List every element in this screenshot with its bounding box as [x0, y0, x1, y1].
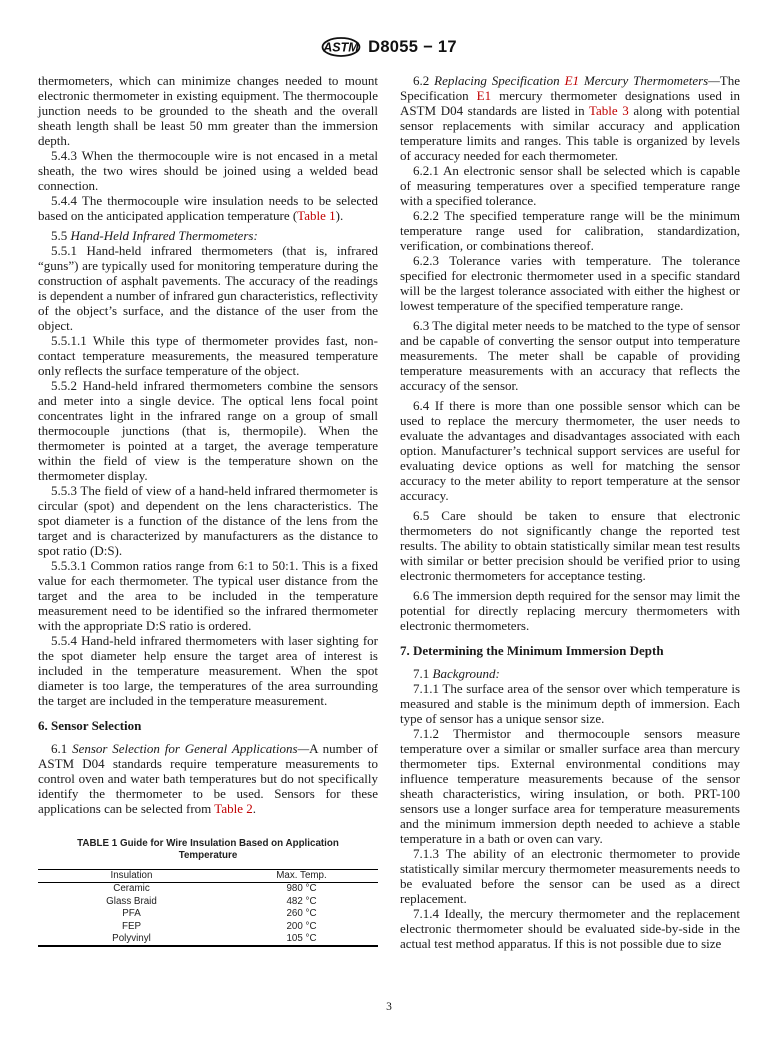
text-segment: 5.5 [51, 228, 71, 243]
paragraph: 5.5.3.1 Common ratios range from 6:1 to … [38, 558, 378, 633]
paragraph: 5.5 Hand-Held Infrared Thermometers: [38, 228, 378, 243]
paragraph: 6.3 The digital meter needs to be matche… [400, 318, 740, 393]
paragraph: 7.1.4 Ideally, the mercury thermometer a… [400, 906, 740, 951]
text-segment: . [253, 801, 256, 816]
text-segment: 6.1 [51, 741, 72, 756]
text-segment: 7.1.1 The surface area of the sensor ove… [400, 681, 740, 726]
column-left: thermometers, which can minimize changes… [38, 73, 378, 951]
text-segment: 6.2.3 Tolerance varies with temperature.… [400, 253, 740, 313]
cross-reference-link[interactable]: Table 1 [297, 208, 335, 223]
table-cell: PFA [38, 908, 225, 920]
text-segment: 5.5.1 Hand-held infrared thermometers (t… [38, 243, 378, 333]
text-segment: Background: [433, 666, 500, 681]
text-segment: 5.5.2 Hand-held infrared thermometers co… [38, 378, 378, 483]
document-page: ASTM D8055 − 17 thermometers, which can … [0, 0, 778, 1041]
text-segment: 6.2.1 An electronic sensor shall be sele… [400, 163, 740, 208]
paragraph: 6.5 Care should be taken to ensure that … [400, 508, 740, 583]
table-row: Polyvinyl105 °C [38, 933, 378, 946]
table-row: PFA260 °C [38, 908, 378, 920]
astm-logo-text: ASTM [322, 41, 359, 55]
paragraph: 5.5.4 Hand-held infrared thermometers wi… [38, 633, 378, 708]
text-segment: 7.1 [413, 666, 433, 681]
text-segment: 7.1.3 The ability of an electronic therm… [400, 846, 740, 906]
paragraph: 5.5.1 Hand-held infrared thermometers (t… [38, 243, 378, 333]
paragraph: thermometers, which can minimize changes… [38, 73, 378, 148]
paragraph: 5.5.3 The field of view of a hand-held i… [38, 483, 378, 558]
text-segment: Hand-Held Infrared Thermometers: [71, 228, 258, 243]
text-segment: 5.5.1.1 While this type of thermometer p… [38, 333, 378, 378]
table-header-cell: Insulation [38, 870, 225, 883]
cross-reference-link[interactable]: E1 [565, 73, 579, 88]
text-segment: 6.5 Care should be taken to ensure that … [400, 508, 740, 583]
text-segment: 6.3 The digital meter needs to be matche… [400, 318, 740, 393]
table-cell: 105 °C [225, 933, 378, 946]
paragraph: 7.1.1 The surface area of the sensor ove… [400, 681, 740, 726]
text-segment: 5.5.3.1 Common ratios range from 6:1 to … [38, 558, 378, 633]
paragraph: 5.4.4 The thermocouple wire insulation n… [38, 193, 378, 223]
section-heading: 7. Determining the Minimum Immersion Dep… [400, 643, 740, 658]
text-segment: 7.1.4 Ideally, the mercury thermometer a… [400, 906, 740, 951]
text-segment: thermometers, which can minimize changes… [38, 73, 378, 148]
paragraph: 6.4 If there is more than one possible s… [400, 398, 740, 503]
paragraph: 6.6 The immersion depth required for the… [400, 588, 740, 633]
paragraph: 5.5.2 Hand-held infrared thermometers co… [38, 378, 378, 483]
insulation-table: InsulationMax. Temp.Ceramic980 °CGlass B… [38, 869, 378, 947]
text-segment: 5.5.4 Hand-held infrared thermometers wi… [38, 633, 378, 708]
paragraph: 6.1 Sensor Selection for General Applica… [38, 741, 378, 816]
table-row: Ceramic980 °C [38, 883, 378, 896]
cross-reference-link[interactable]: Table 2 [214, 801, 252, 816]
text-segment: 6.4 If there is more than one possible s… [400, 398, 740, 503]
text-segment: Sensor Selection for General Application… [72, 741, 309, 756]
section-heading: 6. Sensor Selection [38, 718, 378, 733]
paragraph: 7.1.3 The ability of an electronic therm… [400, 846, 740, 906]
text-segment: 7.1.2 Thermistor and thermocouple sensor… [400, 726, 740, 846]
text-segment: 6.2 [413, 73, 434, 88]
table-cell: Polyvinyl [38, 933, 225, 946]
paragraph: 7.1.2 Thermistor and thermocouple sensor… [400, 726, 740, 846]
text-segment: ). [336, 208, 344, 223]
text-segment: 5.4.3 When the thermocouple wire is not … [38, 148, 378, 193]
paragraph: 6.2 Replacing Specification E1 Mercury T… [400, 73, 740, 163]
document-header: ASTM D8055 − 17 [0, 34, 778, 60]
table-cell: 200 °C [225, 921, 378, 933]
page-number: 3 [0, 1001, 778, 1013]
text-segment: 6.6 The immersion depth required for the… [400, 588, 740, 633]
table-cell: Glass Braid [38, 896, 225, 908]
text-segment: 6.2.2 The specified temperature range wi… [400, 208, 740, 253]
table-row: FEP200 °C [38, 921, 378, 933]
table-cell: FEP [38, 921, 225, 933]
table-block: TABLE 1 Guide for Wire Insulation Based … [38, 838, 378, 947]
paragraph: 7.1 Background: [400, 666, 740, 681]
table-title: TABLE 1 Guide for Wire Insulation Based … [68, 838, 348, 862]
table-row: Glass Braid482 °C [38, 896, 378, 908]
table-cell: 482 °C [225, 896, 378, 908]
paragraph: 5.4.3 When the thermocouple wire is not … [38, 148, 378, 193]
table-cell: 260 °C [225, 908, 378, 920]
table-header-row: InsulationMax. Temp. [38, 870, 378, 883]
text-segment: Mercury Thermometers— [579, 73, 720, 88]
table-cell: Ceramic [38, 883, 225, 896]
paragraph: 6.2.2 The specified temperature range wi… [400, 208, 740, 253]
table-cell: 980 °C [225, 883, 378, 896]
paragraph: 6.2.3 Tolerance varies with temperature.… [400, 253, 740, 313]
text-segment: 5.5.3 The field of view of a hand-held i… [38, 483, 378, 558]
column-right: 6.2 Replacing Specification E1 Mercury T… [400, 73, 740, 951]
paragraph: 6.2.1 An electronic sensor shall be sele… [400, 163, 740, 208]
cross-reference-link[interactable]: Table 3 [589, 103, 629, 118]
doc-number-title: D8055 − 17 [368, 38, 457, 57]
two-column-body: thermometers, which can minimize changes… [38, 73, 740, 951]
astm-logo-icon: ASTM [321, 34, 361, 60]
paragraph: 5.5.1.1 While this type of thermometer p… [38, 333, 378, 378]
text-segment: Replacing Specification [434, 73, 564, 88]
table-header-cell: Max. Temp. [225, 870, 378, 883]
cross-reference-link[interactable]: E1 [477, 88, 491, 103]
